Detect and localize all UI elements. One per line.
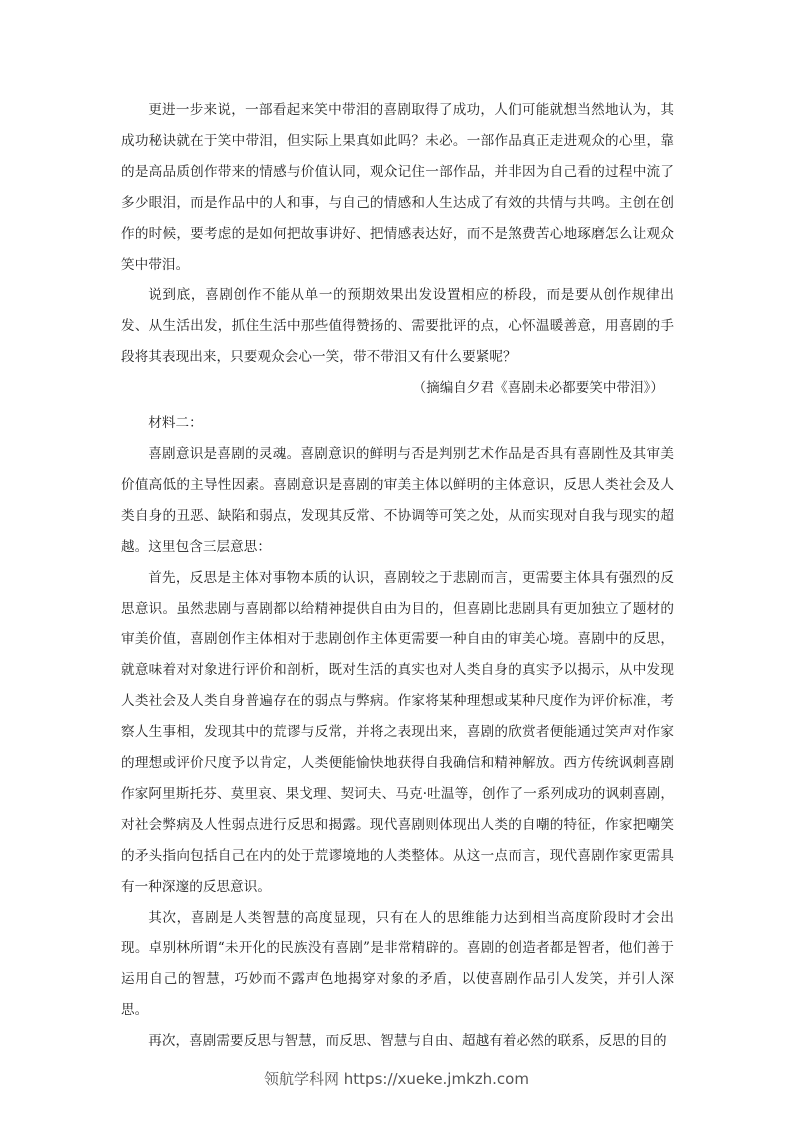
paragraph-6: 再次，喜剧需要反思与智慧，而反思、智慧与自由、超越有着必然的联系，反思的目的 [121, 1026, 674, 1057]
paragraph-1: 更进一步来说，一部看起来笑中带泪的喜剧取得了成功，人们可能就想当然地认为，其成功… [121, 95, 674, 280]
paragraph-2: 说到底，喜剧创作不能从单一的预期效果出发设置相应的桥段，而是要从创作规律出发、从… [121, 280, 674, 373]
paragraph-4: 首先，反思是主体对事物本质的认识，喜剧较之于悲剧而言，更需要主体具有强烈的反思意… [121, 563, 674, 903]
paragraph-5: 其次，喜剧是人类智慧的高度显现，只有在人的思维能力达到相当高度阶段时才会出现。卓… [121, 903, 674, 1027]
document-body: 更进一步来说，一部看起来笑中带泪的喜剧取得了成功，人们可能就想当然地认为，其成功… [121, 95, 674, 1057]
footer-watermark: 领航学科网 https://xueke.jmkzh.com [0, 1068, 793, 1089]
source-citation: （摘编自夕君《喜剧未必都要笑中带泪》） [121, 373, 674, 404]
paragraph-3: 喜剧意识是喜剧的灵魂。喜剧意识的鲜明与否是判别艺术作品是否具有喜剧性及其审美价值… [121, 439, 674, 563]
material-two-heading: 材料二： [121, 408, 674, 439]
